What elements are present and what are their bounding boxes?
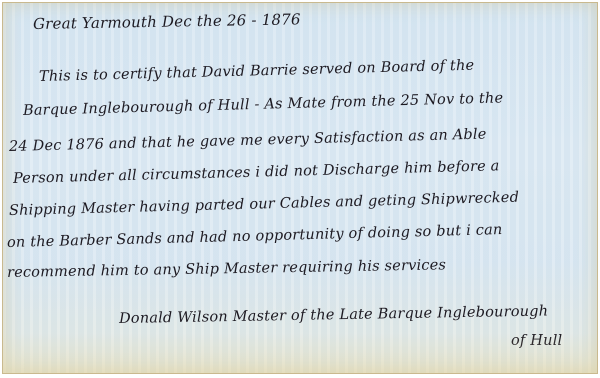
signature-line-1: Donald Wilson Master of the Late Barque … [119, 304, 549, 327]
handwritten-certificate: Great Yarmouth Dec the 26 - 1876 This is… [2, 2, 598, 374]
body-line-1: This is to certify that David Barrie ser… [39, 58, 475, 85]
body-line-5: Shipping Master having parted our Cables… [9, 190, 519, 219]
body-line-4: Person under all circumstances i did not… [13, 158, 500, 187]
body-line-2: Barque Inglebourough of Hull - As Mate f… [23, 90, 504, 119]
signature-line-2: of Hull [511, 333, 562, 349]
document-heading-place-date: Great Yarmouth Dec the 26 - 1876 [33, 10, 301, 33]
body-line-3: 24 Dec 1876 and that he gave me every Sa… [9, 126, 487, 154]
body-line-7: recommend him to any Ship Master requiri… [7, 257, 446, 281]
body-line-6: on the Barber Sands and had no opportuni… [7, 222, 503, 251]
